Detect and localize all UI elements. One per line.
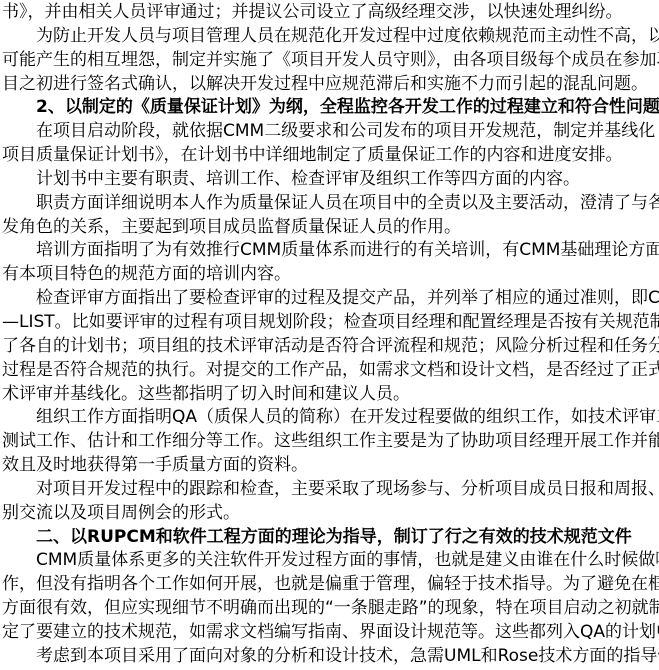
text-line: 方面很有效，但应实现细节不明确而出现的“一条腿走路”的现象，特在项目启动之初就制 bbox=[0, 597, 659, 621]
text-line: 有本项目特色的规范方面的培训内容。 bbox=[0, 263, 659, 287]
document-page: 书》，并由相关人员评审通过；并提议公司设立了高级经理交涉，以快速处理纠纷。 为防… bbox=[0, 0, 659, 670]
text-line: CMM质量体系更多的关注软件开发过程方面的事情，也就是建义由谁在什么时候做哪些工 bbox=[0, 549, 659, 573]
text-line: 定了要建立的技术规范，如需求文档编写指南、界面设计规范等。这些都列入QA的计划中… bbox=[0, 621, 659, 645]
text-line: 别交流以及项目周例会的形式。 bbox=[0, 502, 659, 526]
text-line: 培训方面指明了为有效推行CMM质量体系而进行的有关培训，有CMM基础理论方面的，… bbox=[0, 239, 659, 263]
text-line: 考虑到本项目采用了面向对象的分析和设计技术，急需UML和Rose技术方面的指导性… bbox=[0, 645, 659, 669]
text-line: 职责方面详细说明本人作为质量保证人员在项目中的全责以及主要活动，澄清了与各开 bbox=[0, 192, 659, 216]
text-line: 发角色的关系，主要起到项目成员监督质量保证人员的作用。 bbox=[0, 216, 659, 240]
text-line: 了各自的计划书；项目组的技术评审活动是否符合评流程和规范；风险分析过程和任务分解 bbox=[0, 335, 659, 359]
text-line: 作，但没有指明各个工作如何开展，也就是偏重于管理，偏轻于技术指导。为了避免在框架 bbox=[0, 573, 659, 597]
text-line: 对项目开发过程中的跟踪和检查，主要采取了现场参与、分析项目成员日报和周报、个 bbox=[0, 478, 659, 502]
subsection-heading: 2、以制定的《质量保证计划》为纲，全程监控各开发工作的过程建立和符合性问题 bbox=[0, 96, 659, 120]
text-line: 术评审并基线化。这些都指明了切入时间和建议人员。 bbox=[0, 383, 659, 407]
text-line: 项目质量保证计划书》，在计划书中详细地制定了质量保证工作的内容和进度安排。 bbox=[0, 144, 659, 168]
text-line: 为防止开发人员与项目管理人员在规范化开发过程中过度依赖规范而主动性不高，以及 bbox=[0, 25, 659, 49]
text-line: 书》，并由相关人员评审通过；并提议公司设立了高级经理交涉，以快速处理纠纷。 bbox=[0, 1, 659, 25]
text-line: 组织工作方面指明QA（质保人员的简称）在开发过程要做的组织工作，如技术评审工作、 bbox=[0, 406, 659, 430]
text-line: 效且及时地获得第一手质量方面的资料。 bbox=[0, 454, 659, 478]
text-line: 在项目启动阶段，就依据CMM二级要求和公司发布的项目开发规范，制定并基线化《ＸＸ bbox=[0, 120, 659, 144]
text-line: 检查评审方面指出了要检查评审的过程及提交产品，并列举了相应的通过准则，即CHEC… bbox=[0, 287, 659, 311]
text-line: 过程是否符合规范的执行。对提交的工作产品，如需求文档和设计文档，是否经过了正式技 bbox=[0, 359, 659, 383]
text-line: —LIST。比如要评审的过程有项目规划阶段；检查项目经理和配置经理是否按有关规范… bbox=[0, 311, 659, 335]
text-line: 目之初进行签名式确认，以解决开发过程中应规范滞后和实施不力而引起的混乱问题。 bbox=[0, 73, 659, 97]
text-line: 计划书中主要有职责、培训工作、检查评审及组织工作等四方面的内容。 bbox=[0, 168, 659, 192]
text-line: 可能产生的相互埋怨，制定并实施了《项目开发人员守则》，由各项目级每个成员在参加项 bbox=[0, 49, 659, 73]
text-line: 测试工作、估计和工作细分等工作。这些组织工作主要是为了协助项目经理开展工作并能有 bbox=[0, 430, 659, 454]
section-heading: 二、以RUPCM和软件工程方面的理论为指导，制订了行之有效的技术规范文件 bbox=[0, 526, 659, 550]
